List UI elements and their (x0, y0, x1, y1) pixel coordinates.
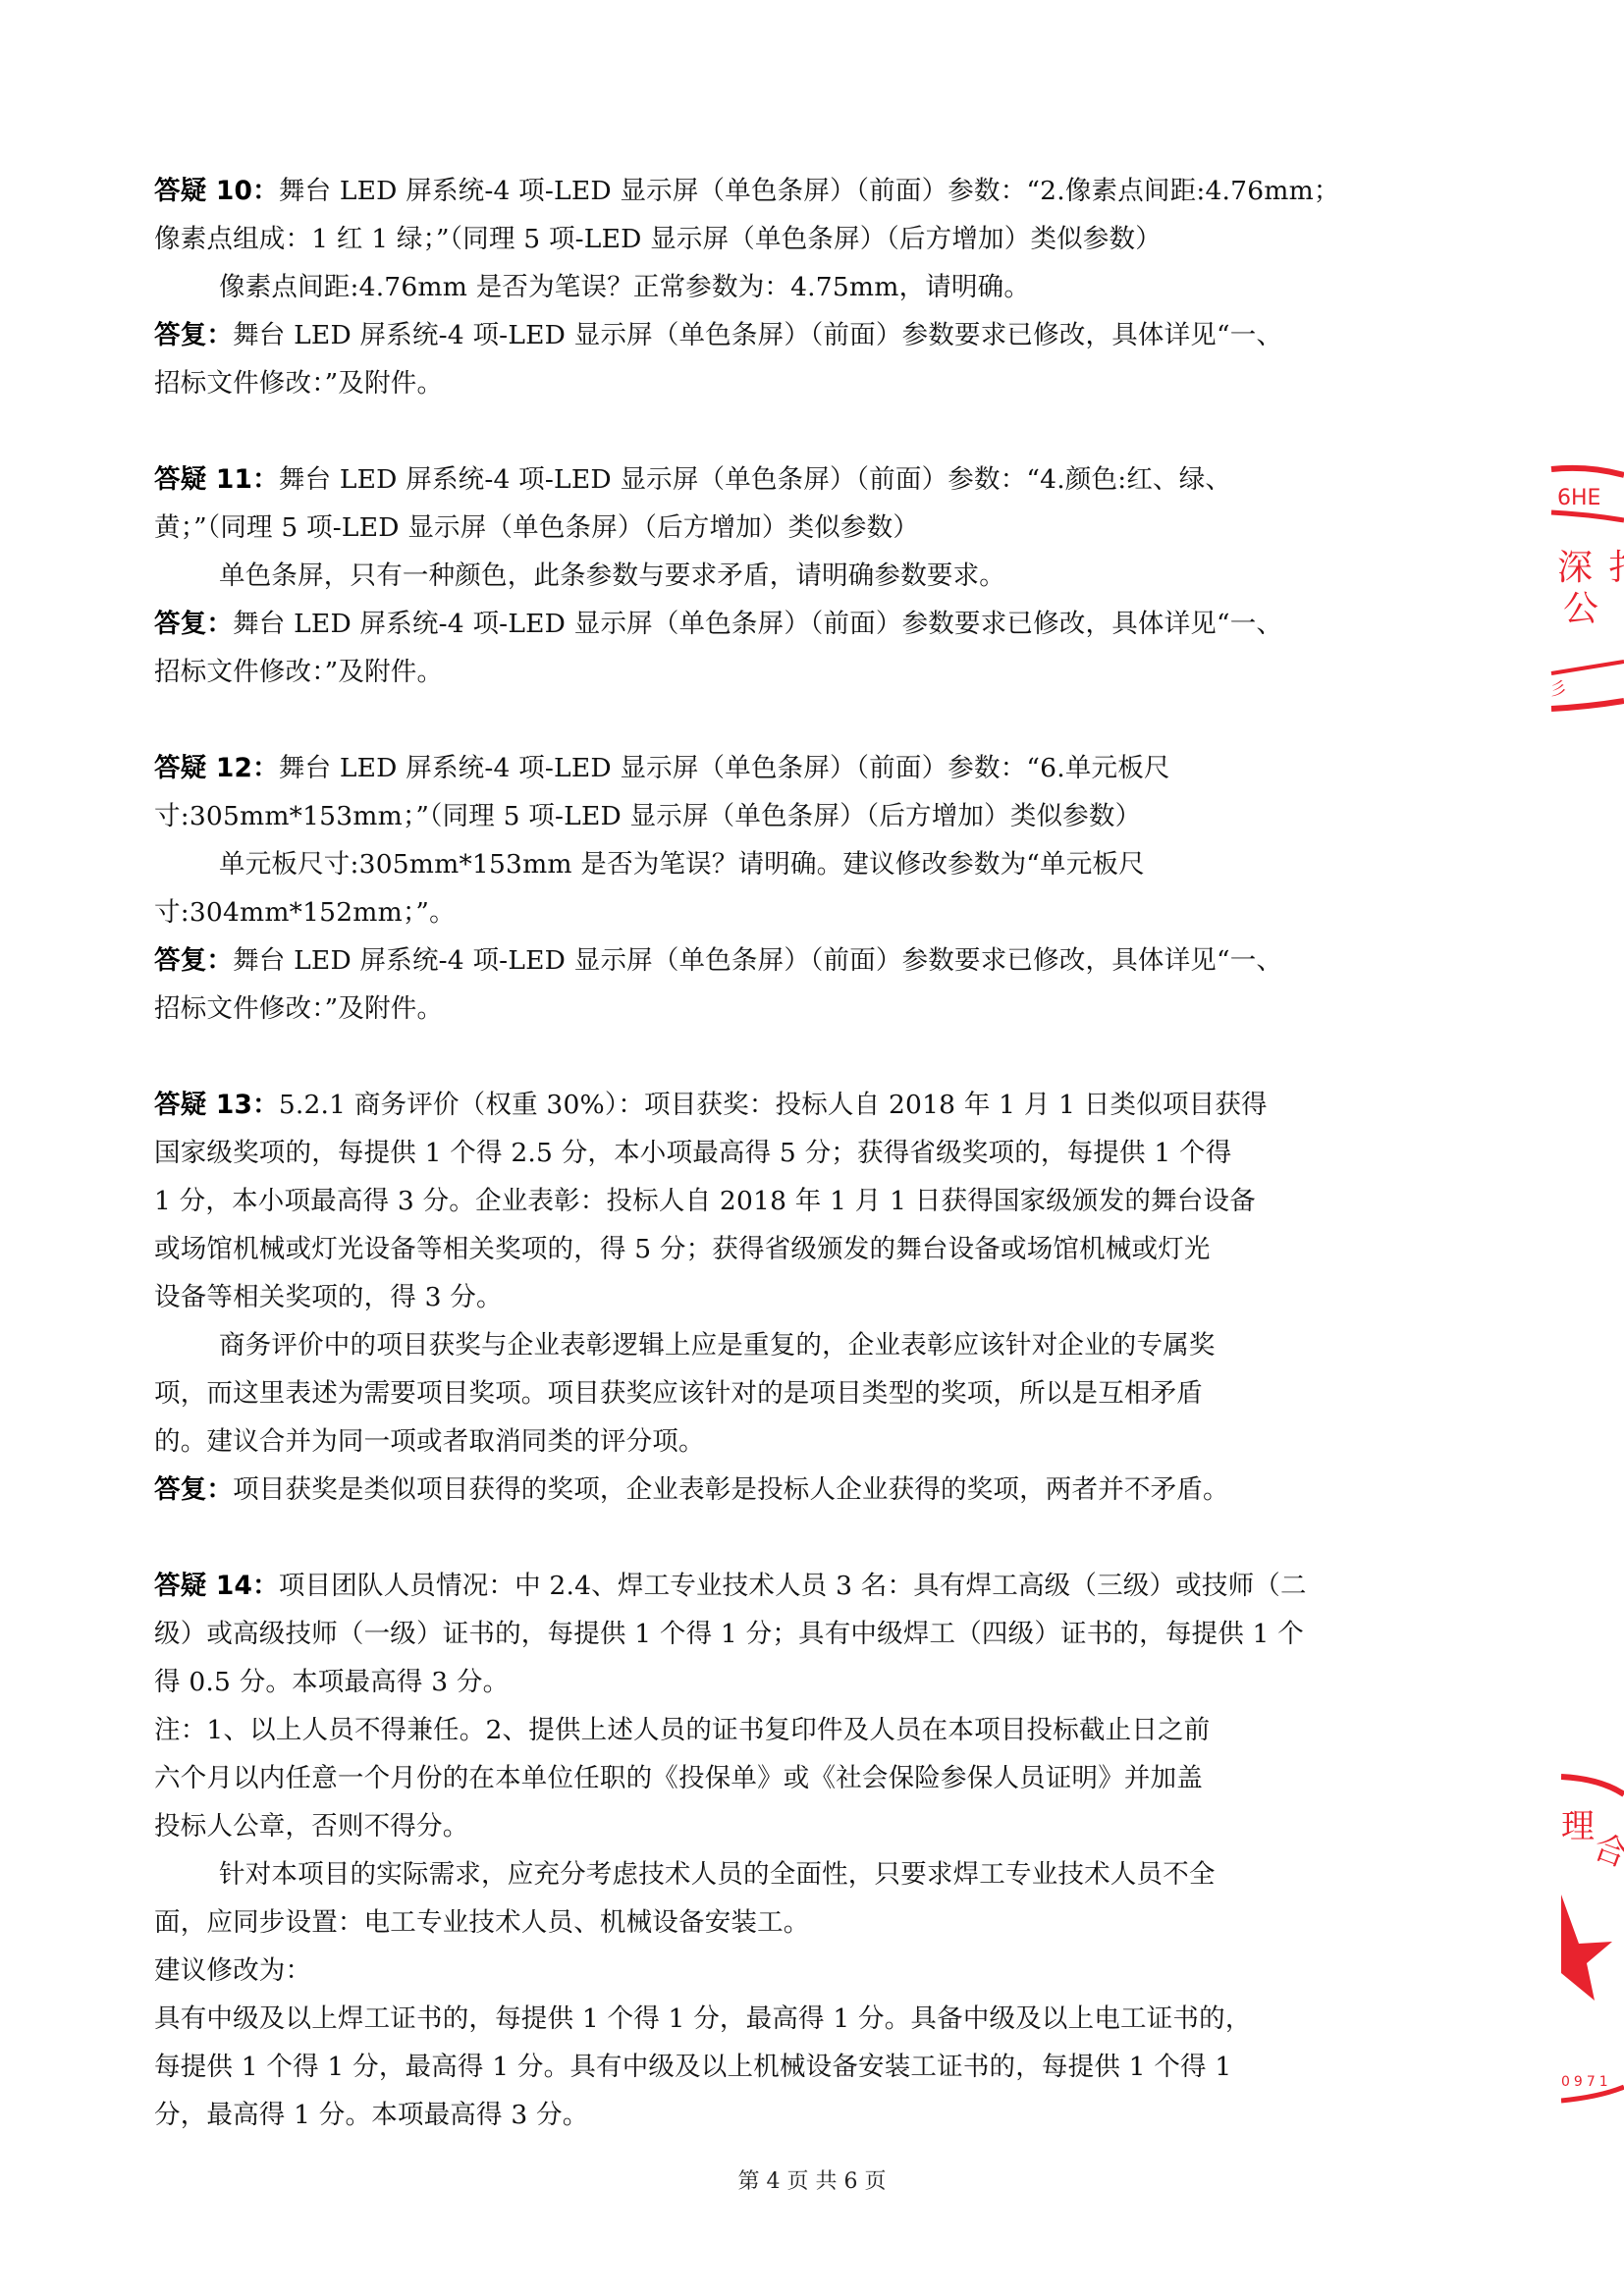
svg-text:公: 公 (1563, 589, 1598, 629)
question-detail: 商务评价中的项目获奖与企业表彰逻辑上应是重复的，企业表彰应该针对企业的专属奖 (154, 1321, 1458, 1369)
section-gap (154, 407, 1458, 455)
answer-label: 答复： (154, 945, 233, 976)
answer-line: 答复：舞台 LED 屏系统-4 项-LED 显示屏（单色条屏）（前面）参数要求已… (154, 936, 1458, 985)
page-number: 第 4 页 共 6 页 (0, 2167, 1624, 2197)
company-seal-bottom: 理 合 0971 (1561, 1767, 1624, 2110)
question-detail: 单色条屏，只有一种颜色，此条参数与要求矛盾，请明确参数要求。 (154, 552, 1458, 600)
section-gap (154, 1033, 1458, 1081)
question-detail: 寸:304mm*152mm；”。 (154, 888, 1458, 936)
question-line: 1 分，本小项最高得 3 分。企业表彰：投标人自 2018 年 1 月 1 日获… (154, 1177, 1458, 1225)
answer-line: 招标文件修改：”及附件。 (154, 985, 1458, 1033)
suggestion-line: 每提供 1 个得 1 分，最高得 1 分。具有中级及以上机械设备安装工证书的，每… (154, 2043, 1458, 2091)
question-label: 答疑 11： (154, 464, 279, 495)
question-line: 或场馆机械或灯光设备等相关奖项的，得 5 分；获得省级颁发的舞台设备或场馆机械或… (154, 1225, 1458, 1273)
answer-label: 答复： (154, 1474, 233, 1505)
question-line: 答疑 12：舞台 LED 屏系统-4 项-LED 显示屏（单色条屏）（前面）参数… (154, 744, 1458, 792)
answer-label: 答复： (154, 609, 233, 639)
question-line: 答疑 13：5.2.1 商务评价（权重 30%）：项目获奖：投标人自 2018 … (154, 1081, 1458, 1129)
answer-line: 招标文件修改：”及附件。 (154, 359, 1458, 407)
company-seal-top: 6HE 深 扌 公 彡 (1549, 461, 1624, 717)
question-line: 国家级奖项的，每提供 1 个得 2.5 分，本小项最高得 5 分；获得省级奖项的… (154, 1129, 1458, 1177)
qa-section-10: 答疑 10：舞台 LED 屏系统-4 项-LED 显示屏（单色条屏）（前面）参数… (154, 167, 1458, 407)
answer-line: 答复：项目获奖是类似项目获得的奖项，企业表彰是投标人企业获得的奖项，两者并不矛盾… (154, 1466, 1458, 1514)
svg-text:扌: 扌 (1608, 548, 1624, 588)
question-label: 答疑 12： (154, 753, 279, 783)
svg-text:6HE: 6HE (1557, 486, 1600, 510)
question-detail: 单元板尺寸:305mm*153mm 是否为笔误？请明确。建议修改参数为“单元板尺 (154, 840, 1458, 888)
question-detail: 项，而这里表述为需要项目奖项。项目获奖应该针对的是项目类型的奖项，所以是互相矛盾 (154, 1369, 1458, 1417)
answer-label: 答复： (154, 320, 233, 350)
question-detail: 面，应同步设置：电工专业技术人员、机械设备安装工。 (154, 1898, 1458, 1947)
question-label: 答疑 10： (154, 176, 279, 206)
answer-line: 答复：舞台 LED 屏系统-4 项-LED 显示屏（单色条屏）（前面）参数要求已… (154, 600, 1458, 648)
seal-stamp-icon: 6HE 深 扌 公 彡 (1549, 461, 1624, 717)
note-line: 投标人公章，否则不得分。 (154, 1802, 1458, 1850)
answer-line: 招标文件修改：”及附件。 (154, 648, 1458, 696)
document-body: 答疑 10：舞台 LED 屏系统-4 项-LED 显示屏（单色条屏）（前面）参数… (154, 167, 1458, 2139)
qa-section-12: 答疑 12：舞台 LED 屏系统-4 项-LED 显示屏（单色条屏）（前面）参数… (154, 744, 1458, 1033)
question-detail: 针对本项目的实际需求，应充分考虑技术人员的全面性，只要求焊工专业技术人员不全 (154, 1850, 1458, 1898)
suggestion-line: 分，最高得 1 分。本项最高得 3 分。 (154, 2091, 1458, 2139)
section-gap (154, 1514, 1458, 1562)
suggestion-line: 具有中级及以上焊工证书的，每提供 1 个得 1 分，最高得 1 分。具备中级及以… (154, 1995, 1458, 2043)
question-detail: 像素点间距:4.76mm 是否为笔误？正常参数为：4.75mm，请明确。 (154, 263, 1458, 311)
question-label: 答疑 13： (154, 1090, 279, 1120)
qa-section-13: 答疑 13：5.2.1 商务评价（权重 30%）：项目获奖：投标人自 2018 … (154, 1081, 1458, 1514)
seal-star-icon: 理 合 0971 (1561, 1767, 1624, 2110)
question-line: 黄；”（同理 5 项-LED 显示屏（单色条屏）（后方增加）类似参数） (154, 504, 1458, 552)
question-line: 像素点组成：1 红 1 绿；”（同理 5 项-LED 显示屏（单色条屏）（后方增… (154, 215, 1458, 263)
question-line: 设备等相关奖项的，得 3 分。 (154, 1273, 1458, 1321)
section-gap (154, 696, 1458, 744)
note-line: 注：1、以上人员不得兼任。2、提供上述人员的证书复印件及人员在本项目投标截止日之… (154, 1706, 1458, 1754)
svg-text:彡: 彡 (1549, 679, 1567, 700)
question-label: 答疑 14： (154, 1571, 279, 1601)
qa-section-14: 答疑 14：项目团队人员情况：中 2.4、焊工专业技术人员 3 名：具有焊工高级… (154, 1562, 1458, 2139)
question-line: 寸:305mm*153mm；”（同理 5 项-LED 显示屏（单色条屏）（后方增… (154, 792, 1458, 840)
question-line: 级）或高级技师（一级）证书的，每提供 1 个得 1 分；具有中级焊工（四级）证书… (154, 1610, 1458, 1658)
note-line: 六个月以内任意一个月份的在本单位任职的《投保单》或《社会保险参保人员证明》并加盖 (154, 1754, 1458, 1802)
question-line: 得 0.5 分。本项最高得 3 分。 (154, 1658, 1458, 1706)
svg-text:深: 深 (1557, 548, 1593, 588)
suggestion-heading: 建议修改为： (154, 1947, 1458, 1995)
question-line: 答疑 11：舞台 LED 屏系统-4 项-LED 显示屏（单色条屏）（前面）参数… (154, 455, 1458, 504)
question-line: 答疑 14：项目团队人员情况：中 2.4、焊工专业技术人员 3 名：具有焊工高级… (154, 1562, 1458, 1610)
answer-line: 答复：舞台 LED 屏系统-4 项-LED 显示屏（单色条屏）（前面）参数要求已… (154, 311, 1458, 359)
svg-text:0971: 0971 (1561, 2074, 1612, 2090)
question-line: 答疑 10：舞台 LED 屏系统-4 项-LED 显示屏（单色条屏）（前面）参数… (154, 167, 1458, 215)
qa-section-11: 答疑 11：舞台 LED 屏系统-4 项-LED 显示屏（单色条屏）（前面）参数… (154, 455, 1458, 696)
svg-text:理: 理 (1561, 1807, 1595, 1846)
question-detail: 的。建议合并为同一项或者取消同类的评分项。 (154, 1417, 1458, 1466)
